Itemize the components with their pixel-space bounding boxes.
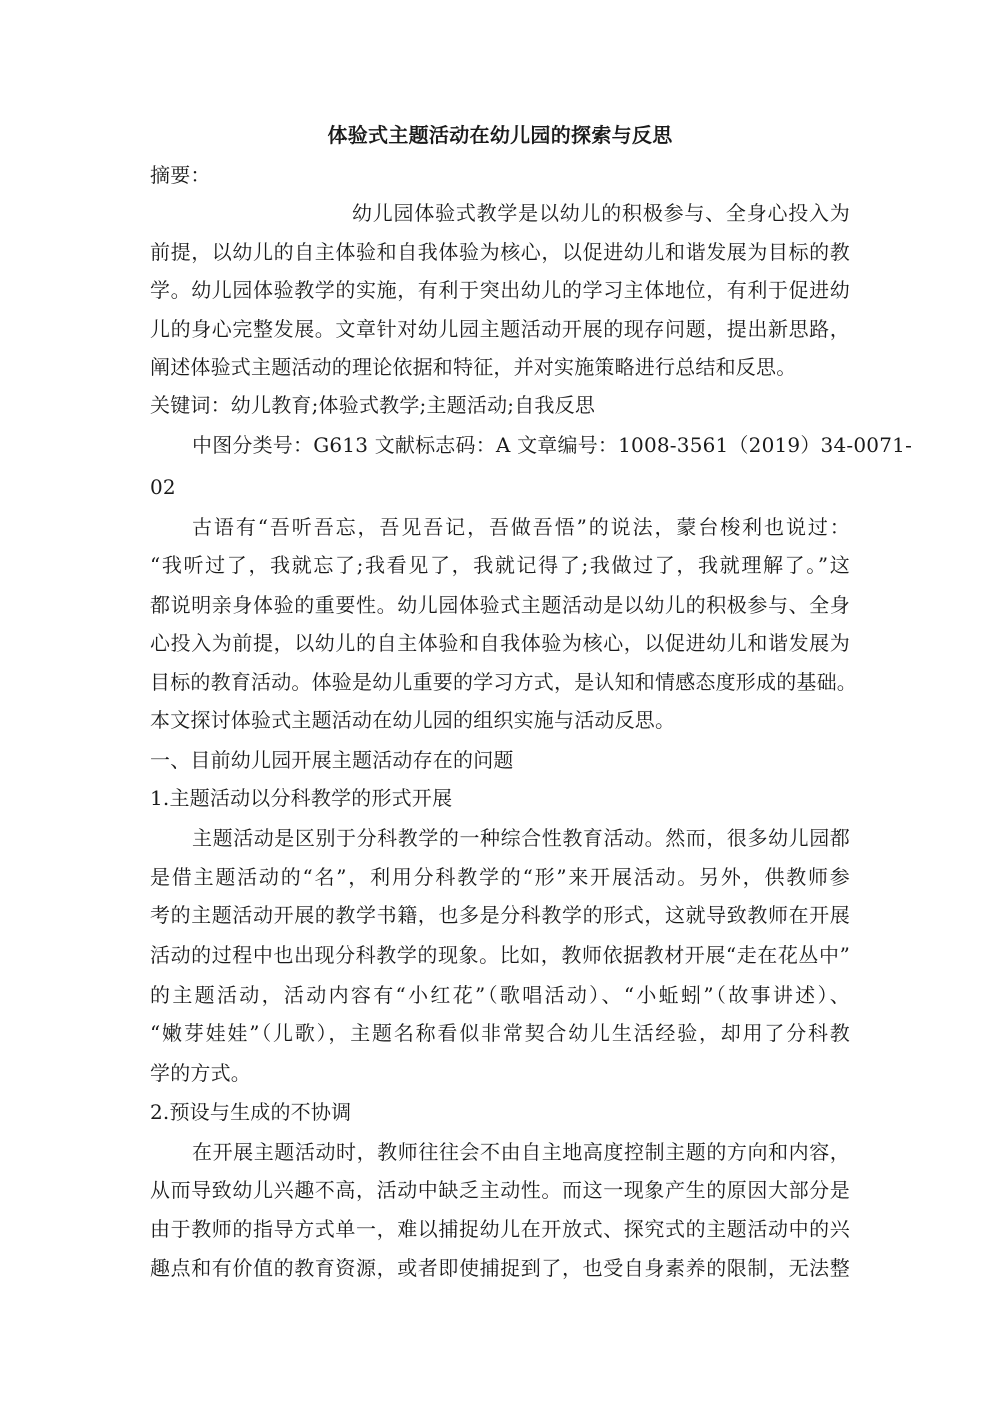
abstract-label: 摘要： (150, 162, 850, 188)
body-paragraph-line: 学的方式。 (150, 1060, 850, 1086)
abstract-line: 阐述体验式主题活动的理论依据和特征，并对实施策略进行总结和反思。 (150, 354, 850, 380)
body-paragraph-line: 从而导致幼儿兴趣不高，活动中缺乏主动性。而这一现象产生的原因大部分是 (150, 1177, 850, 1203)
abstract-line: 幼儿园体验式教学是以幼儿的积极参与、全身心投入为 (352, 200, 850, 226)
body-paragraph-line: 是借主题活动的“名”，利用分科教学的“形”来开展活动。另外，供教师参 (150, 864, 850, 890)
abstract-line: 前提，以幼儿的自主体验和自我体验为核心，以促进幼儿和谐发展为目标的教 (150, 239, 850, 265)
body-paragraph-line: 活动的过程中也出现分科教学的现象。比如，教师依据教材开展“走在花丛中” (150, 942, 850, 968)
intro-paragraph-line: 心投入为前提，以幼儿的自主体验和自我体验为核心，以促进幼儿和谐发展为 (150, 630, 850, 656)
body-paragraph-line: 考的主题活动开展的教学书籍，也多是分科教学的形式，这就导致教师在开展 (150, 902, 850, 928)
section-heading: 一、目前幼儿园开展主题活动存在的问题 (150, 747, 850, 773)
body-paragraph-line: 在开展主题活动时，教师往往会不由自主地高度控制主题的方向和内容， (192, 1139, 850, 1165)
classification-line-continued: 02 (150, 474, 850, 500)
abstract-line: 儿的身心完整发展。文章针对幼儿园主题活动开展的现存问题，提出新思路， (150, 316, 850, 342)
subsection-heading: 1.主题活动以分科教学的形式开展 (150, 785, 850, 811)
intro-paragraph-line: “我听过了，我就忘了;我看见了，我就记得了;我做过了，我就理解了。”这 (150, 552, 850, 578)
keywords-line: 关键词：幼儿教育;体验式教学;主题活动;自我反思 (150, 392, 850, 418)
body-paragraph-line: “嫩芽娃娃”（儿歌），主题名称看似非常契合幼儿生活经验，却用了分科教 (150, 1020, 850, 1046)
body-paragraph-line: 主题活动是区别于分科教学的一种综合性教育活动。然而，很多幼儿园都 (192, 825, 850, 851)
classification-line: 中图分类号：G613 文献标志码：A 文章编号：1008-3561（2019）3… (192, 432, 850, 458)
subsection-heading: 2.预设与生成的不协调 (150, 1099, 850, 1125)
intro-paragraph-line: 本文探讨体验式主题活动在幼儿园的组织实施与活动反思。 (150, 707, 850, 733)
abstract-line: 学。幼儿园体验教学的实施，有利于突出幼儿的学习主体地位，有利于促进幼 (150, 277, 850, 303)
document-page: 体验式主题活动在幼儿园的探索与反思 摘要： 幼儿园体验式教学是以幼儿的积极参与、… (0, 0, 1000, 1415)
intro-paragraph-line: 都说明亲身体验的重要性。幼儿园体验式主题活动是以幼儿的积极参与、全身 (150, 592, 850, 618)
body-paragraph-line: 由于教师的指导方式单一，难以捕捉幼儿在开放式、探究式的主题活动中的兴 (150, 1216, 850, 1242)
body-paragraph-line: 的主题活动，活动内容有“小红花”（歌唱活动）、“小蚯蚓”（故事讲述）、 (150, 982, 850, 1008)
body-paragraph-line: 趣点和有价值的教育资源，或者即使捕捉到了，也受自身素养的限制，无法整 (150, 1255, 850, 1281)
document-title: 体验式主题活动在幼儿园的探索与反思 (0, 122, 1000, 148)
intro-paragraph-line: 古语有“吾听吾忘，吾见吾记，吾做吾悟”的说法，蒙台梭利也说过： (192, 514, 850, 540)
intro-paragraph-line: 目标的教育活动。体验是幼儿重要的学习方式，是认知和情感态度形成的基础。 (150, 669, 850, 695)
